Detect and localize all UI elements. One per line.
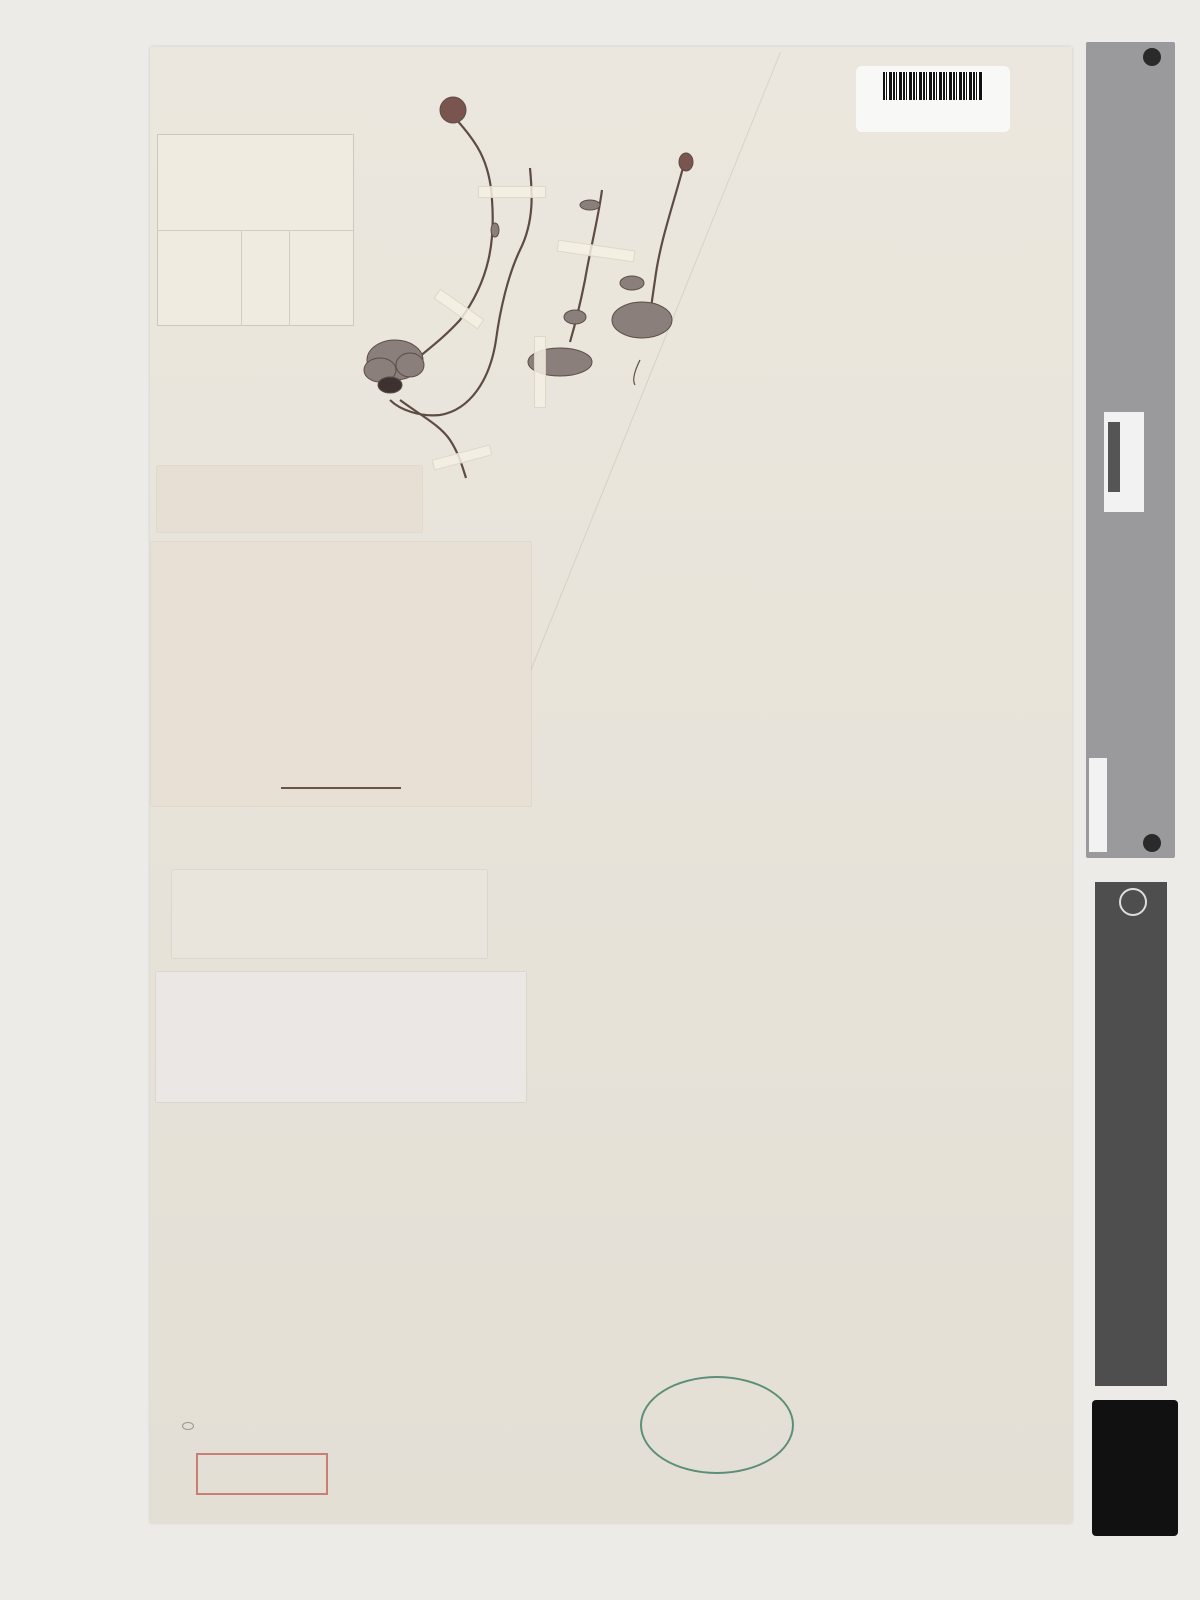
friedrich-slip: [156, 972, 526, 1102]
circled-number: [182, 1422, 194, 1430]
taxon-line: [213, 1012, 219, 1031]
catalog-code: [1089, 758, 1107, 852]
gray-patch-dark: [1108, 422, 1120, 492]
color-calibration-ruler: [1086, 42, 1175, 858]
kew-scale-bar: [1095, 882, 1167, 1386]
envelope-fold: [241, 230, 242, 325]
underline: [281, 787, 401, 789]
plant-specimen: [340, 80, 700, 480]
mounting-tape: [534, 336, 546, 408]
collector-received-line: [189, 510, 199, 529]
ruler-hole: [1143, 834, 1161, 852]
color-checker-card: [1092, 1400, 1178, 1536]
ruler-hole: [1143, 48, 1161, 66]
recovered-from-pretoria-stamp: [196, 1453, 328, 1495]
envelope-flap: [158, 135, 353, 231]
det-line: [210, 922, 248, 941]
mounting-tape: [478, 186, 546, 198]
kew-logo: [1129, 912, 1169, 1012]
determinavit-slip: [172, 870, 487, 958]
field-note-label: [151, 542, 531, 806]
det-rev-line: [186, 1076, 232, 1092]
collector-label: [157, 466, 422, 532]
fragment-envelope: [157, 134, 354, 326]
barcode-label: [856, 66, 1010, 132]
barcode: [883, 72, 983, 100]
envelope-fold: [289, 230, 290, 325]
gray-patch: [1104, 412, 1144, 512]
kew-accession-stamp: [640, 1376, 794, 1474]
